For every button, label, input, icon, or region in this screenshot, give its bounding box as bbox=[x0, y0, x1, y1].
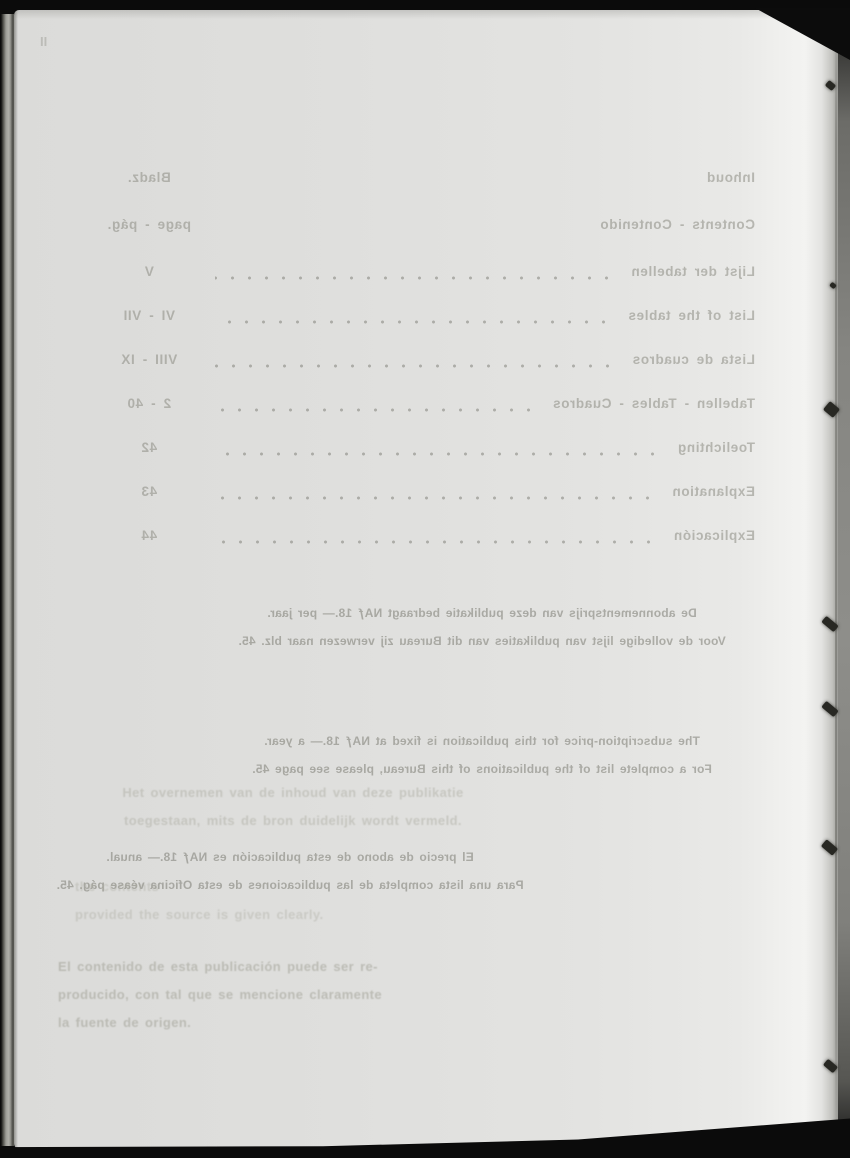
note-line: El contenido de esta publicación puede s… bbox=[58, 953, 528, 981]
note-showthrough-english: The subscription-price for this publicat… bbox=[232, 727, 732, 783]
dot-leader bbox=[215, 276, 609, 280]
contents-row-label: Lijst der tabellen bbox=[631, 264, 755, 279]
dot-leader bbox=[215, 320, 606, 324]
note-line: producido, con tal que se mencione clara… bbox=[58, 981, 528, 1009]
note-line: Voor de volledige lijst van publikaties … bbox=[232, 627, 732, 655]
contents-header-label: Contents - Contenido bbox=[600, 217, 755, 232]
contents-row-label: Explanation bbox=[672, 484, 755, 499]
contents-row-pages: 43 bbox=[105, 484, 193, 499]
page-number-showthrough: II bbox=[40, 34, 47, 49]
book-spine-edge bbox=[838, 8, 850, 1150]
note-bleedthrough-spanish: El contenido de esta publicación puede s… bbox=[58, 953, 528, 1037]
contents-row: Explicación 44 bbox=[105, 528, 755, 548]
note-line: El precio de abono de esta publicación e… bbox=[50, 843, 530, 871]
note-line: Het overnemen van de inhoud van deze pub… bbox=[58, 779, 528, 807]
note-line: toegestaan, mits de bron duidelijk wordt… bbox=[58, 807, 528, 835]
contents-row-pages: 42 bbox=[105, 440, 193, 455]
dot-leader bbox=[215, 408, 531, 412]
contents-row: List of the tables VI - VII bbox=[105, 308, 755, 328]
note-bleedthrough-dutch: Het overnemen van de inhoud van deze pub… bbox=[58, 779, 528, 835]
page-stack-edge bbox=[1, 14, 14, 1146]
contents-header-label: Inhoud bbox=[706, 170, 755, 185]
note-showthrough-dutch: De abonnementsprijs van deze publikatie … bbox=[232, 599, 732, 655]
contents-row: Lijst der tabellen V bbox=[105, 264, 755, 284]
leader-space bbox=[215, 182, 684, 186]
page-fold-crease bbox=[835, 30, 837, 1128]
contents-header-row: Contents - Contenido page - pág. bbox=[105, 217, 755, 237]
note-line: the contents bbox=[75, 873, 505, 901]
contents-row-pages: VI - VII bbox=[105, 308, 193, 323]
contents-row-label: Lista de cuadros bbox=[632, 352, 755, 367]
contents-showthrough: Inhoud Bladz. Contents - Contenido page … bbox=[105, 170, 755, 572]
note-bleedthrough-english: the contentsprovided the source is given… bbox=[75, 873, 505, 929]
contents-header-pages: Bladz. bbox=[105, 170, 193, 185]
note-line: provided the source is given clearly. bbox=[75, 901, 505, 929]
note-line: De abonnementsprijs van deze publikatie … bbox=[232, 599, 732, 627]
contents-header-row: Inhoud Bladz. bbox=[105, 170, 755, 190]
contents-header-pages: page - pág. bbox=[105, 217, 193, 232]
contents-row-pages: 2 - 40 bbox=[105, 396, 193, 411]
contents-row: Explanation 43 bbox=[105, 484, 755, 504]
contents-row-label: Tabellen - Tables - Cuadros bbox=[553, 396, 755, 411]
book-scan: II Inhoud Bladz. Contents - Contenido pa… bbox=[0, 0, 850, 1158]
contents-row: Toelichting 42 bbox=[105, 440, 755, 460]
note-line: la fuente de origen. bbox=[58, 1009, 528, 1037]
contents-row-label: List of the tables bbox=[628, 308, 755, 323]
dot-leader bbox=[215, 496, 650, 500]
dot-leader bbox=[215, 540, 651, 544]
note-line: The subscription-price for this publicat… bbox=[232, 727, 732, 755]
contents-row-pages: V bbox=[105, 264, 193, 279]
contents-row-label: Toelichting bbox=[677, 440, 755, 455]
contents-row-pages: VIII - IX bbox=[105, 352, 193, 367]
leader-space bbox=[215, 229, 578, 233]
dot-leader bbox=[215, 364, 610, 368]
contents-row-pages: 44 bbox=[105, 528, 193, 543]
contents-row: Lista de cuadros VIII - IX bbox=[105, 352, 755, 372]
contents-row: Tabellen - Tables - Cuadros 2 - 40 bbox=[105, 396, 755, 416]
contents-row-label: Explicación bbox=[673, 528, 755, 543]
dot-leader bbox=[215, 452, 655, 456]
